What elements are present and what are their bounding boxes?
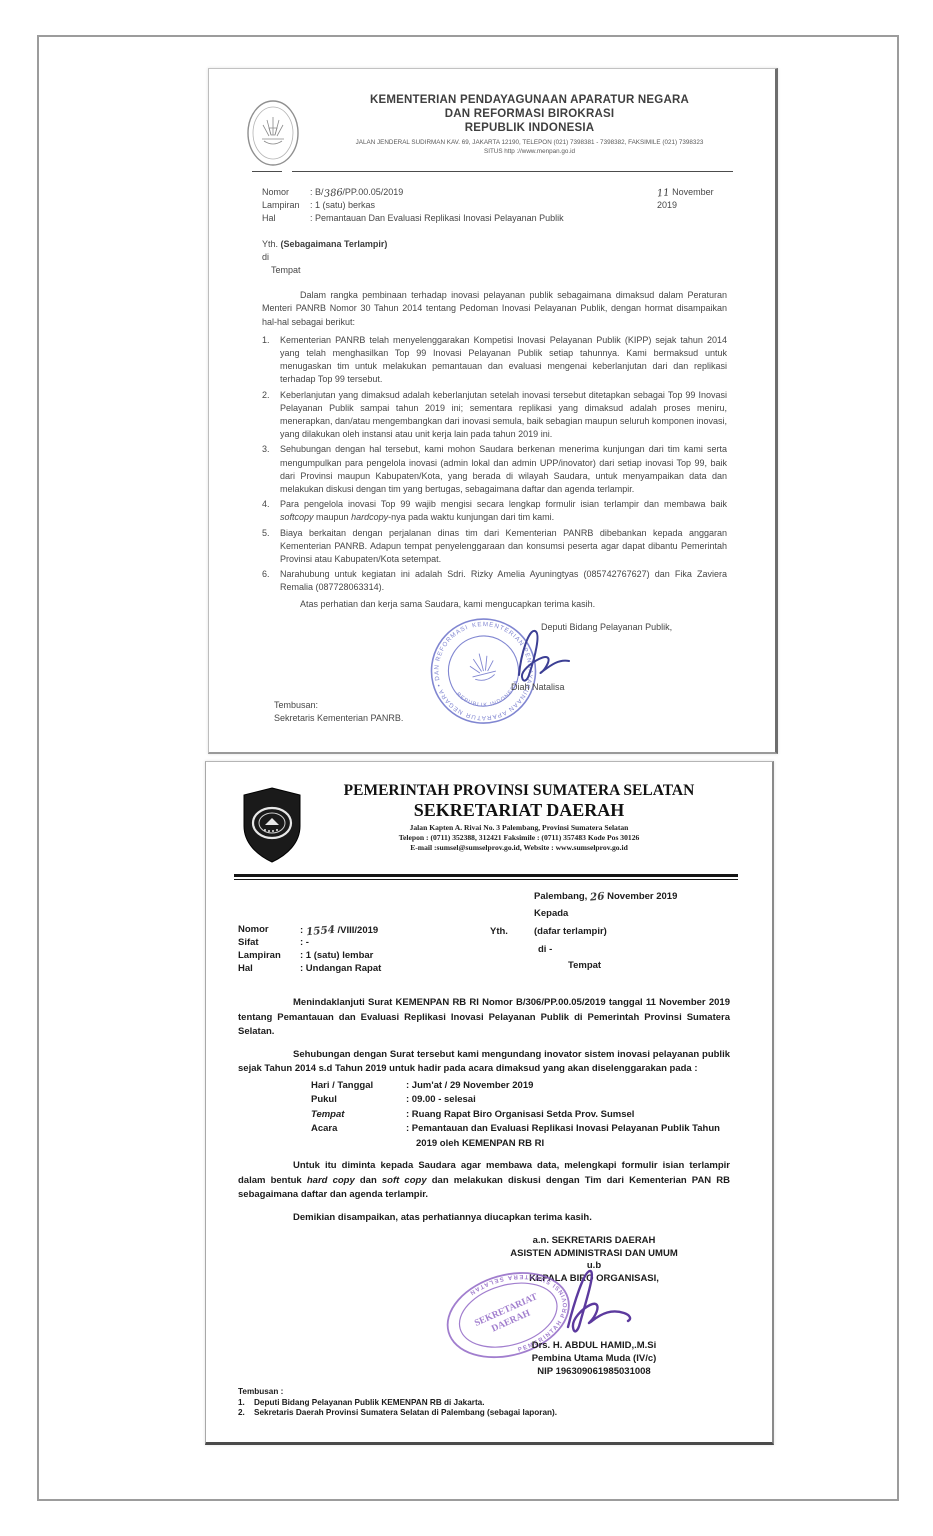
letterhead-rule (252, 171, 733, 172)
signer2-identity: Drs. H. ABDUL HAMID,.M.Si Pembina Utama … (448, 1339, 740, 1378)
nomor-row-2: Nomor : 1554 /VIII/2019 (238, 924, 378, 937)
schedule-row: Tempat: Ruang Rapat Biro Organisasi Setd… (311, 1108, 730, 1123)
addressee-name: (Sebagaimana Terlampir) (281, 239, 388, 249)
letter2-para3: Untuk itu diminta kepada Saudara agar me… (238, 1159, 730, 1203)
letter2-para2: Sehubungan dengan Surat tersebut kami me… (238, 1048, 730, 1077)
schedule-row: Pukul: 09.00 - selesai (311, 1093, 730, 1108)
place-date: Palembang, 26 November 2019 (534, 890, 677, 903)
sumsel-shield-logo-icon (240, 786, 304, 870)
letterhead-sumsel: PEMERINTAH PROVINSI SUMATERA SELATAN SEK… (238, 782, 730, 868)
province-title: PEMERINTAH PROVINSI SUMATERA SELATAN (308, 782, 730, 800)
signer-name: Diah Natalisa (511, 681, 565, 694)
letter2-schedule: Hari / Tanggal: Jum'at / 29 November 201… (311, 1079, 730, 1152)
handwritten-nomor: 386 (323, 186, 343, 201)
letter1-signature-block: Deputi Bidang Pelayanan Publik, KEMENTER… (262, 617, 727, 749)
tembusan-item: 2.Sekretaris Daerah Provinsi Sumatera Se… (238, 1408, 730, 1419)
sifat-row: Sifat: - (238, 937, 309, 949)
letterhead-rule-2 (234, 874, 738, 880)
kemenpan-logo-icon (240, 95, 306, 175)
signer2-rank: Pembina Utama Muda (IV/c) (448, 1352, 740, 1365)
tembusan-item: 1.Deputi Bidang Pelayanan Publik KEMENPA… (238, 1398, 730, 1409)
schedule-row: Acara: Pemantauan dan Evaluasi Replikasi… (311, 1122, 730, 1151)
ministry-line3: REPUBLIK INDONESIA (332, 121, 727, 135)
ministry-line2: DAN REFORMASI BIROKRASI (332, 107, 727, 121)
list-item: 5.Biaya berkaitan dengan perjalanan dina… (262, 527, 727, 567)
letter2-meta: Palembang, 26 November 2019 Kepada Nomor… (238, 888, 730, 988)
letter2-para4: Demikian disampaikan, atas perhatiannya … (238, 1211, 730, 1226)
letterhead-kemenpan: KEMENTERIAN PENDAYAGUNAAN APARATUR NEGAR… (262, 93, 727, 165)
sumsel-address: Jalan Kapten A. Rivai No. 3 Palembang, P… (308, 823, 730, 853)
letter2-signature-block: a.n. SEKRETARIS DAERAH ASISTEN ADMINISTR… (238, 1235, 730, 1383)
list-item: 4.Para pengelola inovasi Top 99 wajib me… (262, 498, 727, 524)
ministry-line1: KEMENTERIAN PENDAYAGUNAAN APARATUR NEGAR… (332, 93, 727, 107)
letter1-meta: Nomor : B/386/PP.00.05/2019 11 November … (262, 186, 727, 226)
lampiran-row-2: Lampiran: 1 (satu) lembar (238, 950, 373, 962)
list-item: 1.Kementerian PANRB telah menyelenggarak… (262, 334, 727, 387)
handwritten-date: 11 (656, 186, 670, 200)
secretariat-title: SEKRETARIAT DAERAH (308, 800, 730, 820)
list-item: 3.Sehubungan dengan hal tersebut, kami m… (262, 443, 727, 496)
kepada-label: Kepada (534, 908, 568, 920)
ministry-title: KEMENTERIAN PENDAYAGUNAAN APARATUR NEGAR… (332, 93, 727, 135)
list-item: 6.Narahubung untuk kegiatan ini adalah S… (262, 568, 727, 594)
signature-abdul-hamid (538, 1261, 648, 1347)
signer2-nip: NIP 196309061985031008 (448, 1365, 740, 1378)
letter1-date: 11 November 2019 (657, 186, 727, 212)
signer2-name: Drs. H. ABDUL HAMID,.M.Si (448, 1339, 740, 1352)
schedule-row: Hari / Tanggal: Jum'at / 29 November 201… (311, 1079, 730, 1094)
letter1-tembusan: Tembusan: Sekretaris Kementerian PANRB. (274, 699, 403, 725)
hal-row: Hal : Pemantauan Dan Evaluasi Replikasi … (262, 212, 727, 225)
yth-name-2: (dafar terlampir) (534, 926, 607, 938)
handwritten-nomor-2: 1554 (305, 924, 335, 938)
yth-label-2: Yth. (490, 926, 508, 938)
handwritten-date-2: 26 (589, 890, 605, 903)
letter-kemenpan-page: KEMENTERIAN PENDAYAGUNAAN APARATUR NEGAR… (208, 68, 778, 754)
list-item: 2.Keberlanjutan yang dimaksud adalah keb… (262, 389, 727, 442)
letter2-para1: Menindaklanjuti Surat KEMENPAN RB RI Nom… (238, 996, 730, 1040)
letter2-tembusan: Tembusan : 1.Deputi Bidang Pelayanan Pub… (238, 1387, 730, 1419)
letter1-addressee: Yth. (Sebagaimana Terlampir) di Tempat (262, 238, 727, 278)
hal-row-2: Hal: Undangan Rapat (238, 963, 381, 975)
ministry-address: JALAN JENDERAL SUDIRMAN KAV. 69, JAKARTA… (332, 139, 727, 156)
letter-sumsel-page: PEMERINTAH PROVINSI SUMATERA SELATAN SEK… (205, 761, 774, 1445)
letter1-list: 1.Kementerian PANRB telah menyelenggarak… (262, 334, 727, 595)
letter1-intro: Dalam rangka pembinaan terhadap inovasi … (262, 289, 727, 329)
